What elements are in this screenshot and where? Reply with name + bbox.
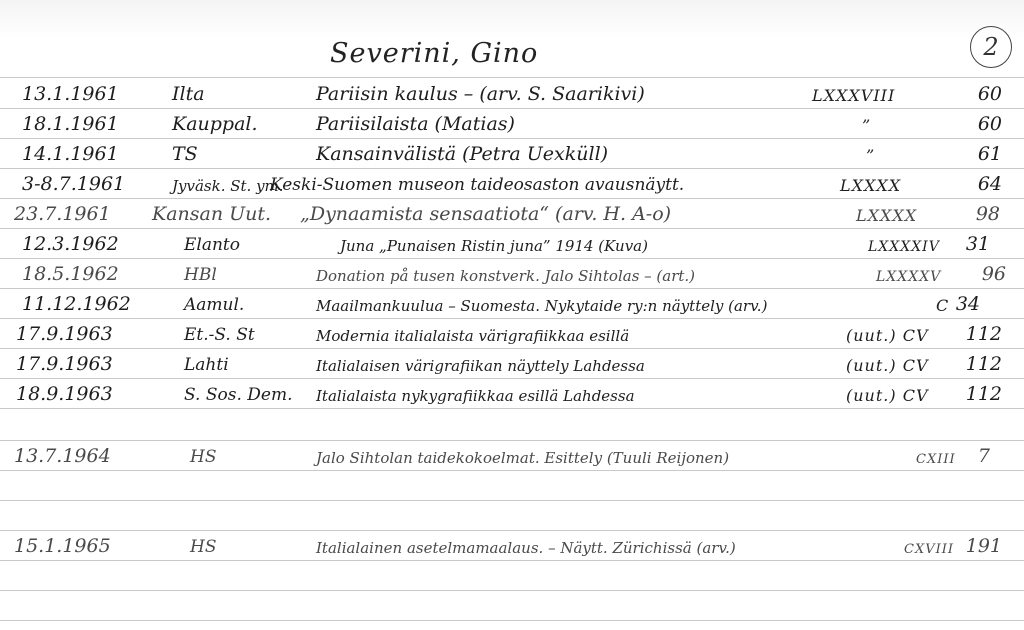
entry-page: 112	[966, 383, 1002, 405]
entry-volume: (uut.) CV	[846, 386, 929, 405]
entry-source: Jyväsk. St. ym.	[172, 177, 284, 195]
entry-row: 14.1.1961 TS Kansainvälistä (Petra Uexkü…	[0, 138, 1024, 168]
entry-date: 12.3.1962	[22, 233, 119, 255]
entry-source: Ilta	[172, 83, 205, 105]
card-number-circle: 2	[970, 26, 1012, 68]
entry-source: HS	[190, 537, 216, 557]
entry-source: Elanto	[184, 235, 240, 255]
entry-source: Aamul.	[184, 295, 244, 315]
entry-volume: LXXXXV	[876, 269, 941, 285]
entry-date: 18.1.1961	[22, 113, 119, 135]
ruled-line	[0, 500, 1024, 501]
entry-date: 11.12.1962	[22, 293, 131, 315]
ruled-line	[0, 590, 1024, 591]
entry-date: 18.5.1962	[22, 263, 119, 285]
entry-title: Italialaisen värigrafiikan näyttely Lahd…	[316, 357, 645, 375]
entry-source: HS	[190, 447, 216, 467]
entry-date: 15.1.1965	[14, 535, 111, 557]
entry-date: 18.9.1963	[16, 383, 113, 405]
entry-volume: LXXXX	[840, 176, 901, 195]
entry-date: 17.9.1963	[16, 353, 113, 375]
entry-title: Italialaista nykygrafiikkaa esillä Lahde…	[316, 387, 635, 405]
entry-page: 60	[978, 83, 1002, 105]
ruled-line	[0, 620, 1024, 621]
entry-page: 60	[978, 113, 1002, 135]
entry-page: 191	[966, 535, 1002, 557]
entry-volume: CXVIII	[904, 542, 954, 557]
entry-row: 11.12.1962 Aamul. Maailmankuulua – Suome…	[0, 288, 1024, 318]
ruled-line	[0, 560, 1024, 561]
entry-page: 112	[966, 323, 1002, 345]
entry-title: Pariisin kaulus – (arv. S. Saarikivi)	[316, 83, 645, 105]
entry-title: Pariisilaista (Matias)	[316, 113, 515, 135]
entry-title: Keski-Suomen museon taideosaston avausnä…	[270, 175, 684, 195]
entry-page: 31	[966, 233, 990, 255]
entry-page: 96	[982, 263, 1006, 285]
entry-page: 61	[978, 143, 1002, 165]
entry-volume: CXIII	[916, 452, 956, 467]
entry-row: 13.1.1961 Ilta Pariisin kaulus – (arv. S…	[0, 78, 1024, 108]
entry-volume: LXXXXIV	[868, 239, 940, 255]
entry-page: 34	[956, 293, 980, 315]
entry-page: 7	[978, 445, 990, 467]
entry-page: 98	[976, 203, 1000, 225]
ruled-line	[0, 408, 1024, 409]
entry-source: Kauppal.	[172, 113, 258, 135]
entry-title: Kansainvälistä (Petra Uexküll)	[316, 143, 608, 165]
entry-row: 15.1.1965 HS Italialainen asetelmamaalau…	[0, 530, 1024, 560]
entry-title: Italialainen asetelmamaalaus. – Näytt. Z…	[316, 539, 736, 557]
entry-volume: LXXXVIII	[812, 86, 895, 105]
entry-source: Lahti	[184, 355, 229, 375]
entry-date: 13.1.1961	[22, 83, 119, 105]
entry-date: 23.7.1961	[14, 203, 111, 225]
card-title: Severini, Gino	[330, 38, 538, 69]
entry-volume: ”	[862, 116, 871, 135]
entry-row: 17.9.1963 Lahti Italialaisen värigrafiik…	[0, 348, 1024, 378]
entry-page: 112	[966, 353, 1002, 375]
entry-date: 3-8.7.1961	[22, 173, 125, 195]
entry-title: Maailmankuulua – Suomesta. Nykytaide ry:…	[316, 297, 767, 315]
entry-row: 23.7.1961 Kansan Uut. „Dynaamista sensaa…	[0, 198, 1024, 228]
entry-volume: (uut.) CV	[846, 326, 929, 345]
entry-title: „Dynaamista sensaatiota“ (arv. H. A-o)	[300, 203, 671, 225]
entry-title: Jalo Sihtolan taidekokoelmat. Esittely (…	[316, 449, 729, 467]
entry-volume: (uut.) CV	[846, 356, 929, 375]
entry-source: TS	[172, 143, 198, 165]
entry-date: 13.7.1964	[14, 445, 111, 467]
entry-source: HBl	[184, 265, 217, 285]
entry-row: 18.5.1962 HBl Donation på tusen konstver…	[0, 258, 1024, 288]
entry-source: S. Sos. Dem.	[184, 385, 292, 405]
entry-page: 64	[978, 173, 1002, 195]
entry-title: Donation på tusen konstverk. Jalo Sihtol…	[316, 267, 695, 285]
entry-source: Kansan Uut.	[152, 203, 271, 225]
entry-title: Juna „Punaisen Ristin juna” 1914 (Kuva)	[340, 237, 648, 255]
entry-date: 17.9.1963	[16, 323, 113, 345]
entry-row: 12.3.1962 Elanto Juna „Punaisen Ristin j…	[0, 228, 1024, 258]
index-card: Severini, Gino 2 13.1.1961 Ilta Pariisin…	[0, 0, 1024, 630]
entry-volume: LXXXX	[856, 206, 917, 225]
entry-row: 13.7.1964 HS Jalo Sihtolan taidekokoelma…	[0, 440, 1024, 470]
entry-row: 18.1.1961 Kauppal. Pariisilaista (Matias…	[0, 108, 1024, 138]
entry-date: 14.1.1961	[22, 143, 119, 165]
entry-row: 17.9.1963 Et.-S. St Modernia italialaist…	[0, 318, 1024, 348]
entry-volume: ”	[866, 146, 875, 165]
entry-row: 3-8.7.1961 Jyväsk. St. ym. Keski-Suomen …	[0, 168, 1024, 198]
entry-source: Et.-S. St	[184, 325, 255, 345]
entry-row: 18.9.1963 S. Sos. Dem. Italialaista nyky…	[0, 378, 1024, 408]
entry-title: Modernia italialaista värigrafiikkaa esi…	[316, 327, 629, 345]
ruled-line	[0, 470, 1024, 471]
entry-volume: C	[936, 296, 949, 315]
